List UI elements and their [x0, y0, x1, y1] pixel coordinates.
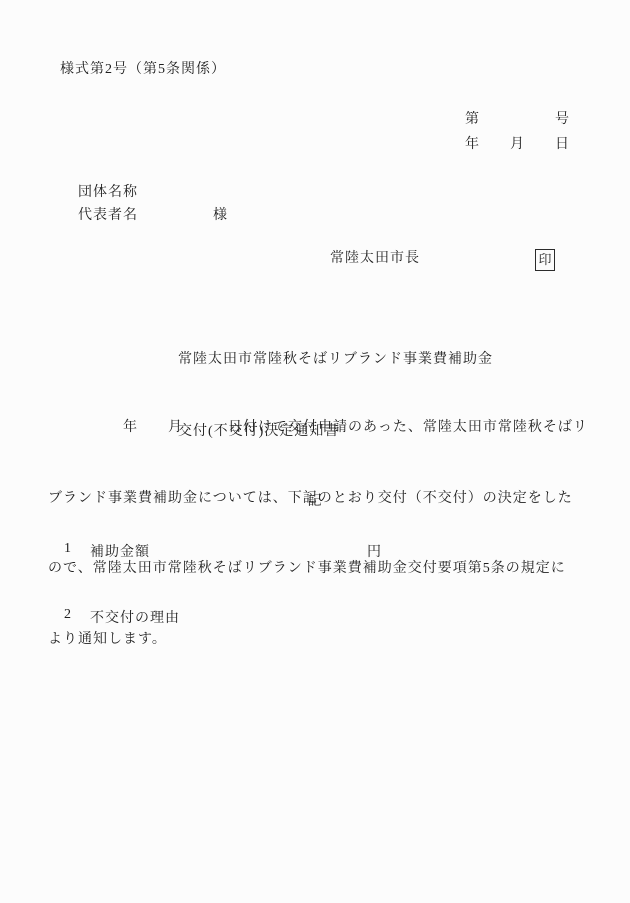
- notice-document-page: 様式第2号（第5条関係） 第 号 年 月 日 団体名称 代表者名 様 常陸太田市…: [0, 0, 630, 903]
- document-date-line: 年 月 日: [465, 136, 570, 154]
- item-1-number: 1: [64, 541, 72, 557]
- form-number-label: 様式第2号（第5条関係）: [60, 61, 226, 79]
- body-line-4: より通知します。: [48, 628, 593, 652]
- issuer-mayor-name: 常陸太田市長: [330, 250, 420, 268]
- addressee-representative-line: 代表者名 様: [78, 207, 228, 225]
- seal-placeholder-box: 印: [535, 249, 555, 271]
- document-number-line: 第 号: [465, 111, 570, 129]
- body-line-1: 年 月 日付けで交付申請のあった、常陸太田市常陸秋そばリ: [48, 416, 593, 440]
- item-2-number: 2: [64, 607, 72, 623]
- item-2-label: 不交付の理由: [90, 607, 180, 627]
- item-1-currency-unit: 円: [367, 541, 382, 561]
- item-1-label: 補助金額: [90, 541, 150, 561]
- addressee-organization-label: 団体名称: [78, 184, 138, 202]
- ki-section-marker: 記: [0, 490, 630, 510]
- notification-body-paragraph: 年 月 日付けで交付申請のあった、常陸太田市常陸秋そばリ ブランド事業費補助金に…: [48, 369, 593, 698]
